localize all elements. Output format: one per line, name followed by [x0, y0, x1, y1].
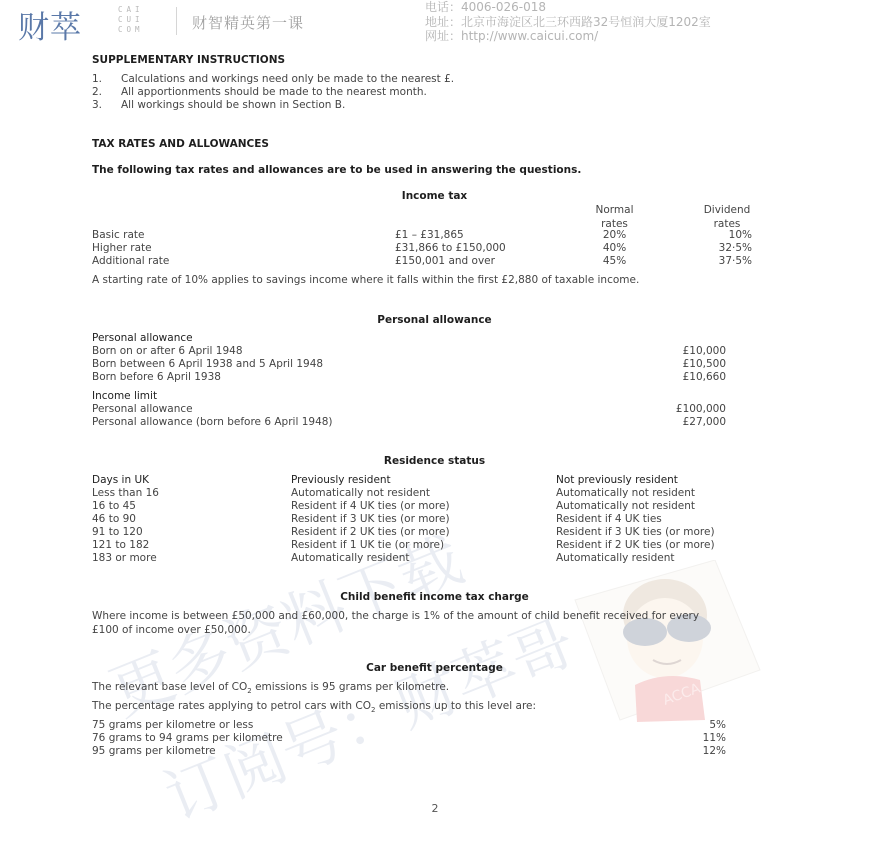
- instruction-text: All workings should be shown in Section …: [121, 99, 345, 111]
- residence-cell: Automatically resident: [556, 552, 675, 564]
- residence-cell: Resident if 3 UK ties (or more): [556, 526, 715, 538]
- car-benefit-title: Car benefit percentage: [312, 662, 557, 674]
- mascot-watermark-icon: ACCA: [565, 560, 765, 725]
- contact-phone: 电话：4006-026-018: [425, 0, 711, 15]
- residence-cell: Less than 16: [92, 487, 159, 499]
- income-tax-title: Income tax: [352, 190, 517, 202]
- contact-address: 地址：北京市海淀区北三环西路32号恒润大厦1202室: [425, 15, 711, 30]
- child-benefit-title: Child benefit income tax charge: [292, 591, 577, 603]
- residence-cell: 91 to 120: [92, 526, 143, 538]
- brand-logo-latin: CAI CUI COM: [118, 5, 144, 35]
- col-normal-rates: Normal rates: [582, 204, 647, 230]
- residence-cell: Automatically resident: [291, 552, 410, 564]
- instruction-num: 1.: [92, 73, 102, 85]
- contact-website[interactable]: 网址：http://www.caicui.com/: [425, 29, 711, 44]
- residence-cell: Resident if 4 UK ties: [556, 513, 662, 525]
- residence-cell: Automatically not resident: [291, 487, 430, 499]
- residence-cell: Automatically not resident: [556, 487, 695, 499]
- brand-logo: 财萃: [18, 2, 82, 47]
- header-divider: [176, 7, 177, 35]
- co2-base-level: The relevant base level of CO2 emissions…: [92, 681, 449, 695]
- residence-cell: Resident if 4 UK ties (or more): [291, 500, 450, 512]
- residence-cell: Resident if 1 UK tie (or more): [291, 539, 444, 551]
- supplementary-title: SUPPLEMENTARY INSTRUCTIONS: [92, 54, 285, 66]
- brand-slogan: 财智精英第一课: [192, 12, 304, 33]
- pa-group-title: Personal allowance: [92, 332, 193, 344]
- residence-cell: Resident if 3 UK ties (or more): [291, 513, 450, 525]
- residence-cell: 183 or more: [92, 552, 157, 564]
- residence-cell: Automatically not resident: [556, 500, 695, 512]
- instruction-num: 2.: [92, 86, 102, 98]
- col-dividend-rates: Dividend rates: [692, 204, 762, 230]
- residence-cell: Resident if 2 UK ties (or more): [291, 526, 450, 538]
- child-benefit-text-line1: Where income is between £50,000 and £60,…: [92, 610, 699, 622]
- child-benefit-text-line2: £100 of income over £50,000.: [92, 624, 251, 636]
- instruction-text: Calculations and workings need only be m…: [121, 73, 454, 85]
- starting-rate-note: A starting rate of 10% applies to saving…: [92, 274, 639, 286]
- residence-status-title: Residence status: [332, 455, 537, 467]
- co2-rates-intro: The percentage rates applying to petrol …: [92, 700, 536, 714]
- income-limit-title: Income limit: [92, 390, 157, 402]
- page-number: 2: [0, 802, 870, 815]
- instruction-text: All apportionments should be made to the…: [121, 86, 427, 98]
- instruction-num: 3.: [92, 99, 102, 111]
- residence-cell: 46 to 90: [92, 513, 136, 525]
- svg-text:ACCA: ACCA: [661, 680, 703, 708]
- residence-cell: Resident if 2 UK ties (or more): [556, 539, 715, 551]
- tax-rates-title: TAX RATES AND ALLOWANCES: [92, 138, 269, 150]
- residence-cell: 16 to 45: [92, 500, 136, 512]
- residence-cell: 121 to 182: [92, 539, 149, 551]
- page-header: 财萃 CAI CUI COM 财智精英第一课 电话：4006-026-018 地…: [0, 0, 870, 44]
- tax-rates-intro: The following tax rates and allowances a…: [92, 164, 581, 176]
- contact-info: 电话：4006-026-018 地址：北京市海淀区北三环西路32号恒润大厦120…: [425, 0, 711, 44]
- personal-allowance-title: Personal allowance: [332, 314, 537, 326]
